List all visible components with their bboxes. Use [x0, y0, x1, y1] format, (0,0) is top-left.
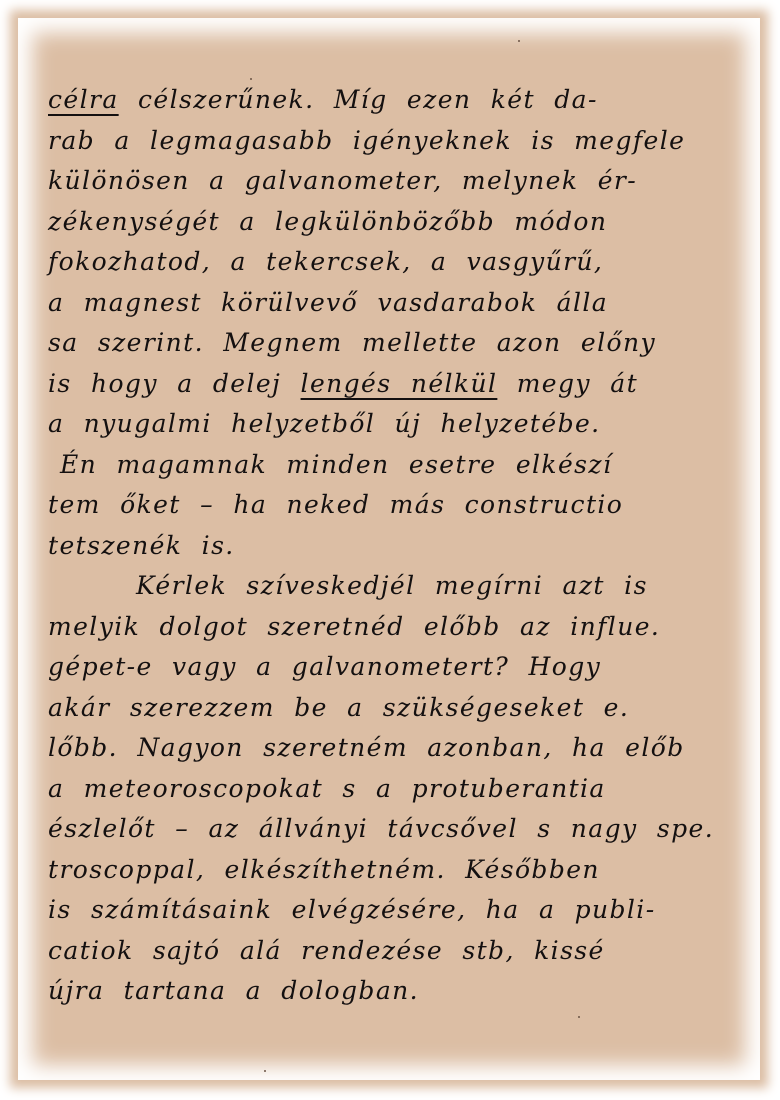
line-text: különösen a galvanometer, melynek ér-	[48, 166, 637, 195]
manuscript-line-20: troscoppal, elkészíthetném. Későbben	[48, 850, 748, 891]
manuscript-line-11: tem őket – ha neked más constructio	[48, 485, 748, 526]
line-text: gépet-e vagy a galvanometert? Hogy	[48, 652, 601, 681]
manuscript-line-21: is számításaink elvégzésére, ha a publi-	[48, 890, 748, 931]
line-text: a nyugalmi helyzetből új helyzetébe.	[48, 409, 601, 438]
paper-speck	[54, 540, 56, 542]
manuscript-line-14: melyik dolgot szeretnéd előbb az influe.	[48, 607, 748, 648]
line-text: zékenységét a legkülönbözőbb módon	[48, 207, 607, 236]
manuscript-line-9: a nyugalmi helyzetből új helyzetébe.	[48, 404, 748, 445]
line-text: melyik dolgot szeretnéd előbb az influe.	[48, 612, 660, 641]
underlined-word: célra	[48, 85, 119, 114]
manuscript-line-17: lőbb. Nagyon szeretném azonban, ha előb	[48, 728, 748, 769]
manuscript-line-15: gépet-e vagy a galvanometert? Hogy	[48, 647, 748, 688]
line-text: troscoppal, elkészíthetném. Későbben	[48, 855, 600, 884]
paper-speck	[518, 40, 520, 42]
line-text: észlelőt – az állványi távcsővel s nagy …	[48, 814, 714, 843]
manuscript-line-18: a meteoroscopokat s a protuberantia	[48, 769, 748, 810]
paper-speck	[264, 1070, 266, 1072]
paper-speck	[578, 1016, 580, 1018]
paper-speck	[250, 78, 252, 80]
manuscript-line-6: a magnest körülvevő vasdarabok álla	[48, 283, 748, 324]
manuscript-line-23: újra tartana a dologban.	[48, 971, 748, 1012]
letter-page: célra célszerűnek. Míg ezen két da- rab …	[18, 18, 760, 1080]
manuscript-line-2: rab a legmagasabb igényeknek is megfele	[48, 121, 748, 162]
manuscript-line-10: Én magamnak minden esetre elkészí	[48, 445, 748, 486]
manuscript-line-1: célra célszerűnek. Míg ezen két da-	[48, 80, 748, 121]
line-text: rab a legmagasabb igényeknek is megfele	[48, 126, 685, 155]
line-text: tetszenék is.	[48, 531, 235, 560]
line-text: Kérlek szíveskedjél megírni azt is	[136, 571, 648, 600]
manuscript-line-12: tetszenék is.	[48, 526, 748, 567]
line-text: Én magamnak minden esetre elkészí	[60, 450, 612, 479]
line-text: célszerűnek. Míg ezen két da-	[119, 85, 598, 114]
manuscript-line-22: catiok sajtó alá rendezése stb, kissé	[48, 931, 748, 972]
manuscript-line-7: sa szerint. Megnem mellette azon előny	[48, 323, 748, 364]
handwritten-text: célra célszerűnek. Míg ezen két da- rab …	[48, 80, 748, 1012]
manuscript-line-4: zékenységét a legkülönbözőbb módon	[48, 202, 748, 243]
line-text: catiok sajtó alá rendezése stb, kissé	[48, 936, 605, 965]
line-text: tem őket – ha neked más constructio	[48, 490, 623, 519]
line-text: fokozhatod, a tekercsek, a vasgyűrű,	[48, 247, 603, 276]
manuscript-line-3: különösen a galvanometer, melynek ér-	[48, 161, 748, 202]
manuscript-line-8: is hogy a delej lengés nélkül megy át	[48, 364, 748, 405]
line-text: sa szerint. Megnem mellette azon előny	[48, 328, 656, 357]
manuscript-line-16: akár szerezzem be a szükségeseket e.	[48, 688, 748, 729]
line-text: megy át	[497, 369, 638, 398]
line-text: is hogy a	[48, 369, 213, 398]
line-text: újra tartana a dologban.	[48, 976, 419, 1005]
line-text: lőbb. Nagyon szeretném azonban, ha előb	[48, 733, 685, 762]
line-text: delej	[213, 369, 301, 398]
line-text: is számításaink elvégzésére, ha a publi-	[48, 895, 656, 924]
manuscript-line-5: fokozhatod, a tekercsek, a vasgyűrű,	[48, 242, 748, 283]
line-text: akár szerezzem be a szükségeseket e.	[48, 693, 629, 722]
underlined-phrase: lengés nélkül	[301, 369, 498, 398]
manuscript-line-19: észlelőt – az állványi távcsővel s nagy …	[48, 809, 748, 850]
line-text: a meteoroscopokat s a protuberantia	[48, 774, 606, 803]
manuscript-line-13: Kérlek szíveskedjél megírni azt is	[48, 566, 748, 607]
line-text: a magnest körülvevő vasdarabok álla	[48, 288, 608, 317]
